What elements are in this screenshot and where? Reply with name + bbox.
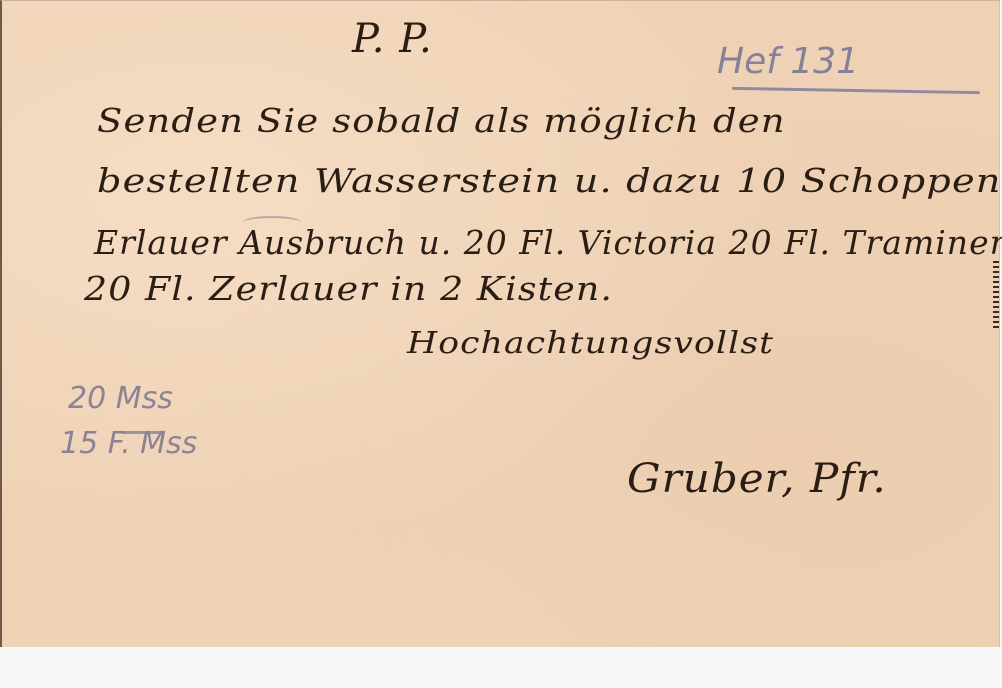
body-line-3: Erlauer Ausbruch u. 20 Fl. Victoria 20 F… <box>94 223 1002 262</box>
edge-stamp-fragment <box>993 261 999 331</box>
reference-number: Hef 131 <box>717 41 859 82</box>
body-line-4: 20 Fl. Zerlauer in 2 Kisten. <box>84 269 613 308</box>
reference-underline <box>732 87 980 94</box>
pencil-note-2: 15 F. Mss <box>60 426 197 461</box>
postcard: P. P. Hef 131 Senden Sie sobald als mögl… <box>0 0 1000 647</box>
pencil-note-1: 20 Mss <box>68 381 173 416</box>
closing: Hochachtungsvollst <box>407 326 774 361</box>
signature: Gruber, Pfr. <box>627 456 887 502</box>
scan-margin <box>0 647 1002 688</box>
body-line-2: bestellten Wasserstein u. dazu 10 Schopp… <box>97 161 1002 200</box>
salutation: P. P. <box>352 16 433 62</box>
body-line-1: Senden Sie sobald als möglich den <box>97 101 786 140</box>
